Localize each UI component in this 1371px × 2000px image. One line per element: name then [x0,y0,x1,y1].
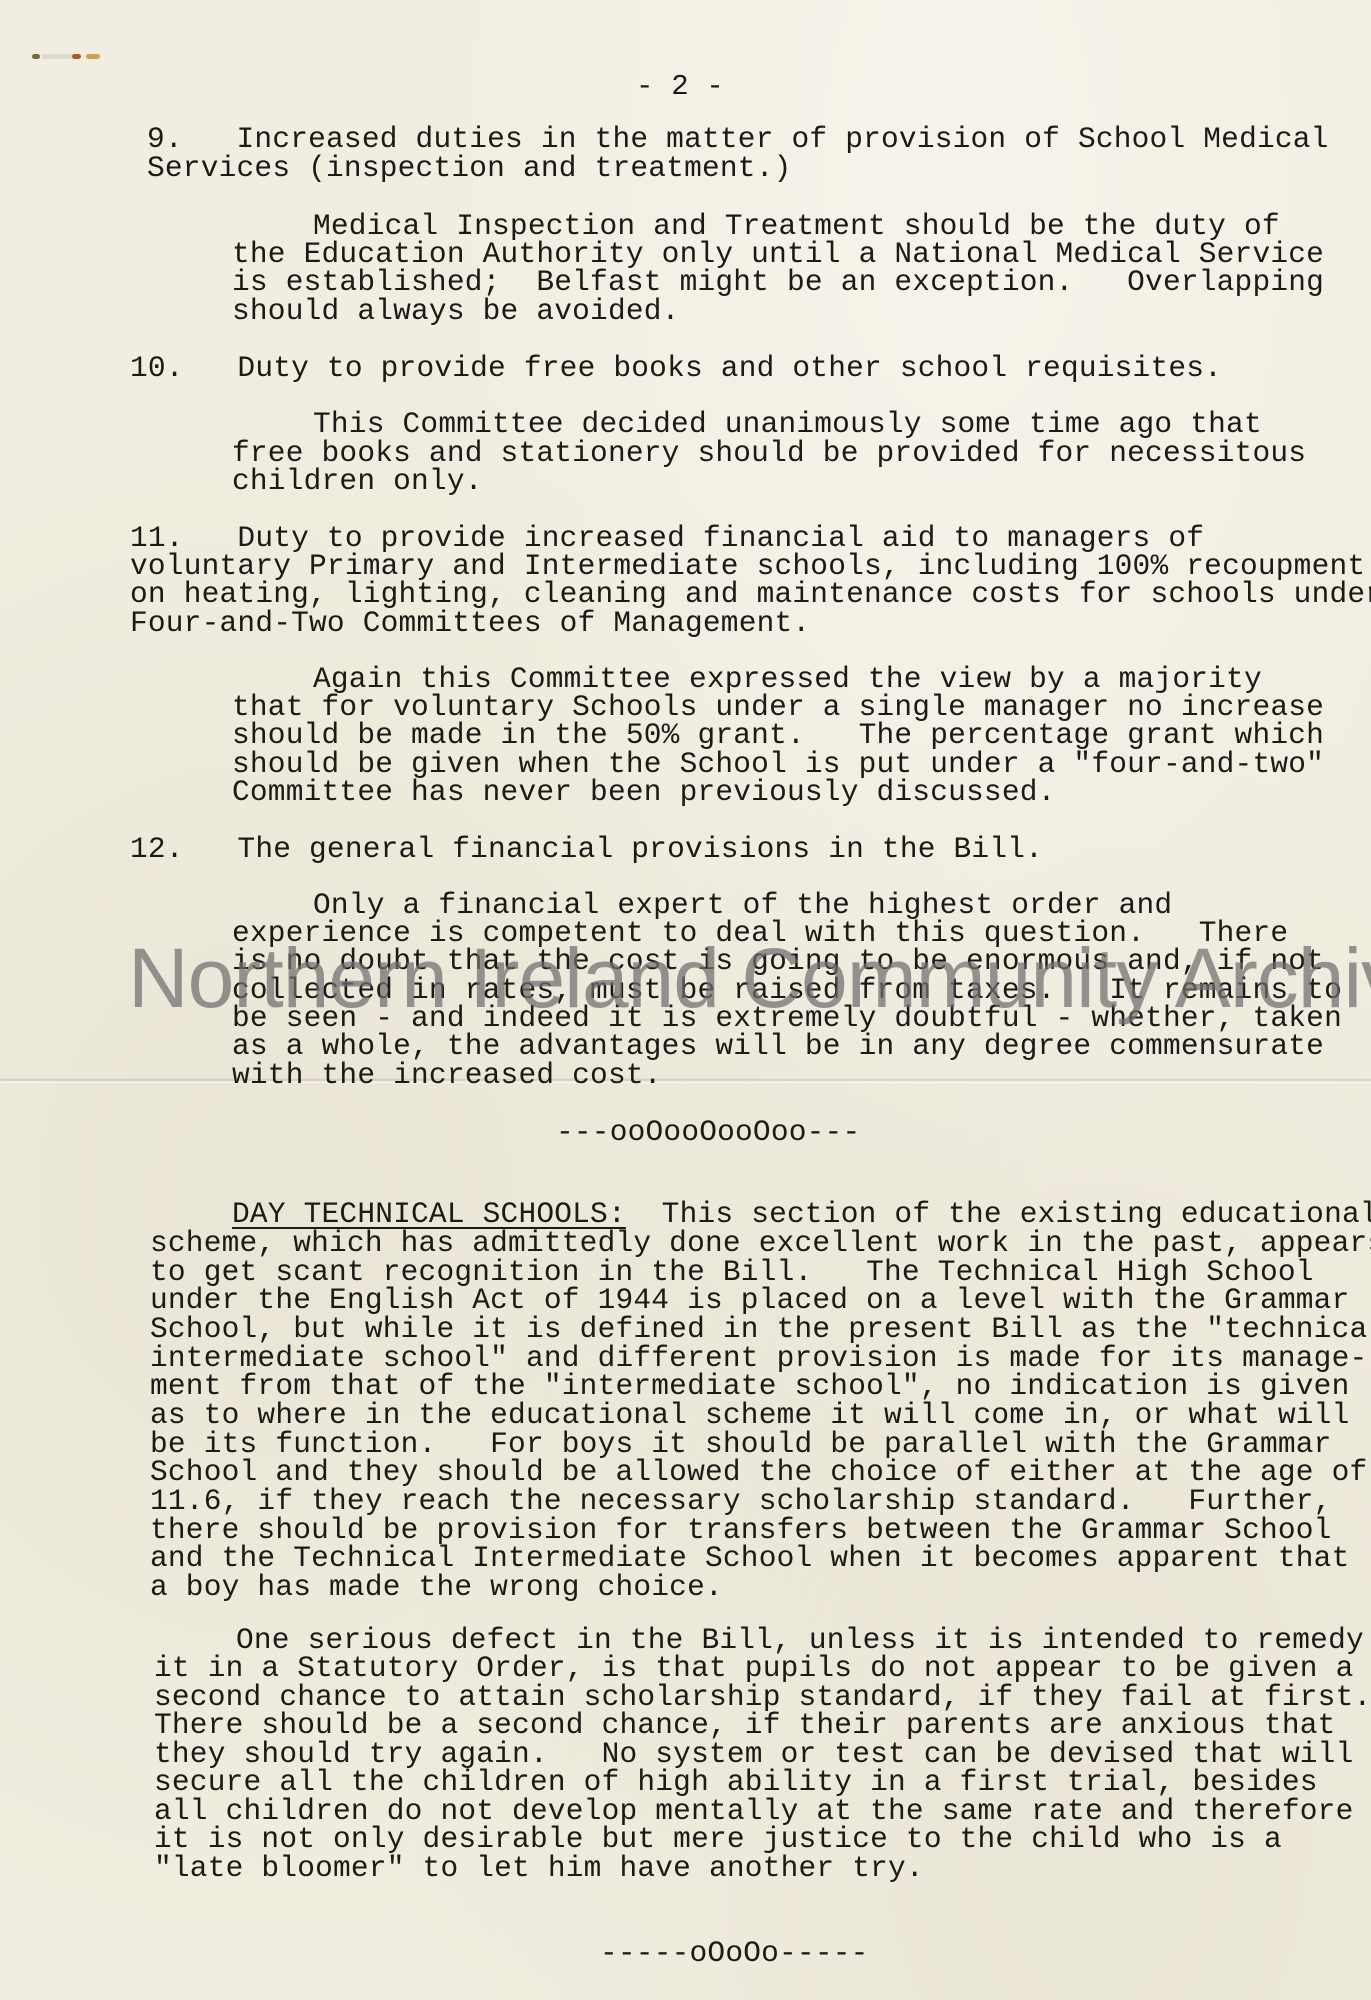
item-11-heading-cont: Four-and-Two Committees of Management. [130,608,810,638]
item-12-heading: 12. The general financial provisions in … [130,834,1043,864]
item-10-para-line: children only. [232,466,483,496]
item-10-heading: 10. Duty to provide free books and other… [130,353,1222,383]
document-page: - 2 - 9. Increased duties in the matter … [0,0,1371,2000]
item-9-heading: 9. Increased duties in the matter of pro… [147,124,1329,154]
end-separator: -----oOoOo----- [600,1938,869,1968]
second-chance-line: it is not only desirable but mere justic… [154,1824,1282,1854]
day-technical-line: scheme, which has admittedly done excell… [150,1228,1371,1258]
day-technical-line: as to where in the educational scheme it… [150,1400,1350,1430]
archive-watermark: Northern Ireland Community Archive [128,936,1371,1020]
second-chance-line: secure all the children of high ability … [154,1767,1318,1797]
day-technical-line: School, but while it is defined in the p… [150,1314,1371,1344]
item-10-para-line: This Committee decided unanimously some … [313,409,1262,439]
item-11-heading-cont: on heating, lighting, cleaning and maint… [130,579,1371,609]
day-technical-first-line: DAY TECHNICAL SCHOOLS: This section of t… [232,1199,1371,1229]
item-9-para-line: should always be avoided. [232,296,680,326]
section-separator: ---ooOooOooOoo--- [556,1117,860,1147]
item-12-para-line: as a whole, the advantages will be in an… [232,1031,1324,1061]
item-9-heading-cont: Services (inspection and treatment.) [147,153,792,183]
second-chance-line: "late bloomer" to let him have another t… [154,1853,924,1883]
day-technical-line: and the Technical Intermediate School wh… [150,1543,1350,1573]
item-11-para-line: Committee has never been previously disc… [232,777,1056,807]
day-technical-line: ment from that of the "intermediate scho… [150,1371,1350,1401]
day-technical-line: under the English Act of 1944 is placed … [150,1285,1350,1315]
item-9-para-line: is established; Belfast might be an exce… [232,267,1324,297]
day-technical-line: a boy has made the wrong choice. [150,1572,723,1602]
staple-mark [28,52,108,62]
page-number: - 2 - [636,72,724,102]
day-technical-line: School and they should be allowed the ch… [150,1457,1367,1487]
second-chance-line: There should be a second chance, if thei… [154,1710,1336,1740]
paper-fold-line [0,1078,1371,1084]
day-technical-line: 11.6, if they reach the necessary schola… [150,1486,1332,1516]
item-12-para-line: with the increased cost. [232,1060,662,1090]
second-chance-line: it in a Statutory Order, is that pupils … [154,1653,1354,1683]
item-11-para-line: should be made in the 50% grant. The per… [232,720,1324,750]
